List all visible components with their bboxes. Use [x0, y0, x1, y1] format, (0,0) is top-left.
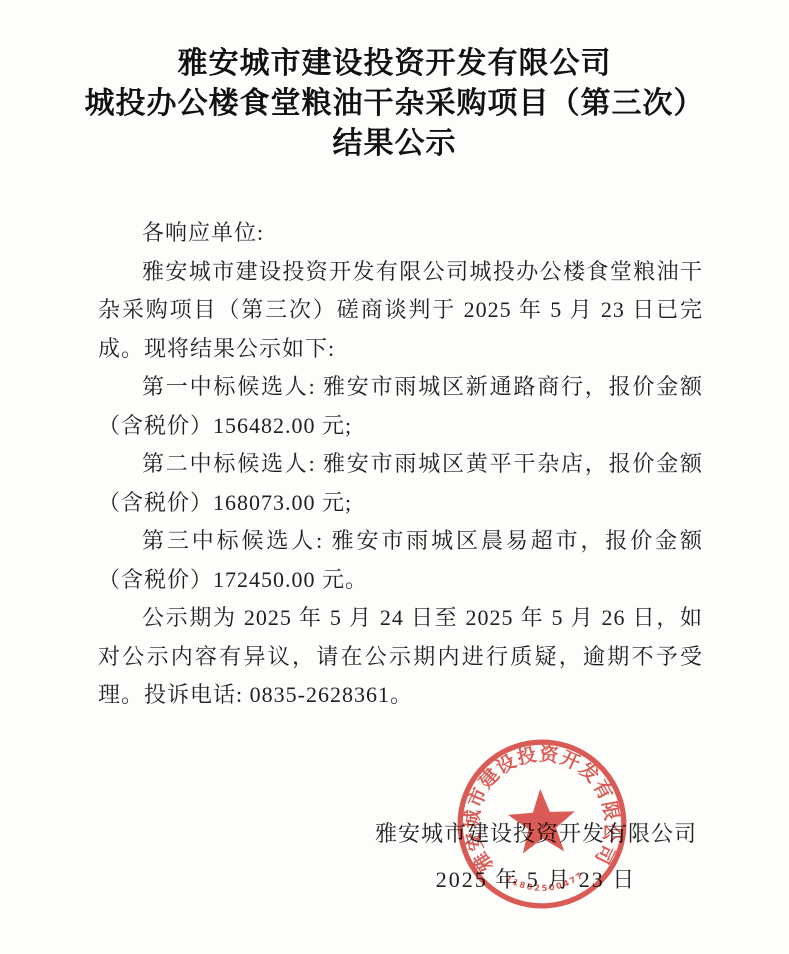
paragraph-candidate-2: 第二中标候选人: 雅安市雨城区黄平干杂店，报价金额（含税价）168073.00 … — [98, 445, 703, 522]
signature-block: 雅安城市建设投资开发有限公司 2025 年 5 月 23 日 — [375, 820, 697, 894]
document-body: 各响应单位: 雅安城市建设投资开发有限公司城投办公楼食堂粮油干杂采购项目（第三次… — [98, 214, 703, 715]
salutation: 各响应单位: — [98, 214, 703, 253]
paragraph-intro: 雅安城市建设投资开发有限公司城投办公楼食堂粮油干杂采购项目（第三次）磋商谈判于 … — [98, 253, 703, 369]
paragraph-candidate-1: 第一中标候选人: 雅安市雨城区新通路商行，报价金额（含税价）156482.00 … — [98, 368, 703, 445]
title-line-3: 结果公示 — [0, 124, 789, 164]
signature-company: 雅安城市建设投资开发有限公司 — [375, 820, 697, 848]
title-line-1: 雅安城市建设投资开发有限公司 — [0, 44, 789, 84]
title-line-2: 城投办公楼食堂粮油干杂采购项目（第三次） — [0, 84, 789, 124]
document-title: 雅安城市建设投资开发有限公司 城投办公楼食堂粮油干杂采购项目（第三次） 结果公示 — [0, 0, 789, 164]
document-page: 雅安城市建设投资开发有限公司 城投办公楼食堂粮油干杂采购项目（第三次） 结果公示… — [0, 0, 789, 954]
signature-date: 2025 年 5 月 23 日 — [375, 866, 697, 894]
paragraph-notice: 公示期为 2025 年 5 月 24 日至 2025 年 5 月 26 日，如对… — [98, 599, 703, 715]
paragraph-candidate-3: 第三中标候选人: 雅安市雨城区晨易超市，报价金额（含税价）172450.00 元… — [98, 522, 703, 599]
